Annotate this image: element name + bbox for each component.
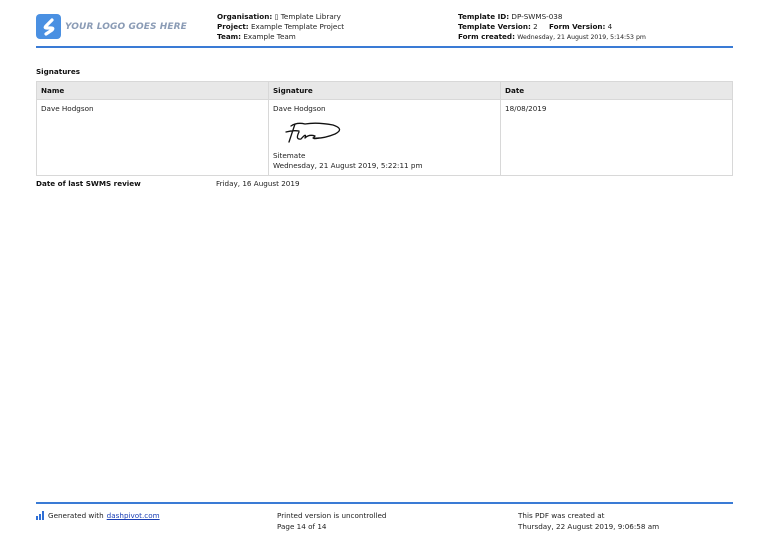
project-meta: Organisation: ▯ Template Library Project…: [217, 12, 344, 42]
page-number: Page 14 of 14: [277, 521, 386, 532]
dashpivot-link[interactable]: dashpivot.com: [107, 510, 160, 521]
dashpivot-bars-icon: [36, 511, 44, 520]
table-header-row: Name Signature Date: [37, 82, 733, 100]
organisation-row: Organisation: ▯ Template Library: [217, 12, 344, 22]
form-created-row: Form created: Wednesday, 21 August 2019,…: [458, 32, 646, 43]
generated-prefix: Generated with: [48, 510, 104, 521]
column-header-date: Date: [501, 82, 733, 100]
column-header-signature: Signature: [269, 82, 501, 100]
logo-s-icon: [36, 14, 61, 39]
project-value: Example Template Project: [251, 22, 344, 31]
print-info: Printed version is uncontrolled Page 14 …: [277, 510, 386, 532]
column-header-name: Name: [37, 82, 269, 100]
form-created-value: Wednesday, 21 August 2019, 5:14:53 pm: [517, 34, 646, 41]
generated-with: Generated with dashpivot.com: [36, 510, 160, 521]
template-version-value: 2: [533, 22, 538, 31]
template-meta: Template ID: DP-SWMS-038 Template Versio…: [458, 12, 646, 43]
signed-at: Wednesday, 21 August 2019, 5:22:11 pm: [273, 161, 496, 171]
version-row: Template Version: 2 Form Version: 4: [458, 22, 646, 32]
name-cell: Dave Hodgson: [37, 100, 269, 176]
review-date-label: Date of last SWMS review: [36, 179, 141, 188]
review-date-value: Friday, 16 August 2019: [216, 179, 300, 188]
uncontrolled-notice: Printed version is uncontrolled: [277, 510, 386, 521]
template-id-row: Template ID: DP-SWMS-038: [458, 12, 646, 22]
table-row: Dave Hodgson Dave Hodgson Sitemate Wedne…: [37, 100, 733, 176]
form-version-value: 4: [608, 22, 613, 31]
pdf-created: This PDF was created at Thursday, 22 Aug…: [518, 510, 659, 532]
project-row: Project: Example Template Project: [217, 22, 344, 32]
organisation-value: ▯ Template Library: [274, 12, 340, 21]
signature-cell: Dave Hodgson Sitemate Wednesday, 21 Augu…: [269, 100, 501, 176]
team-value: Example Team: [243, 32, 295, 41]
logo: YOUR LOGO GOES HERE: [36, 14, 187, 39]
logo-text: YOUR LOGO GOES HERE: [65, 22, 187, 32]
handwritten-signature-image: [283, 120, 345, 148]
signature-name: Dave Hodgson: [273, 104, 496, 114]
signatures-heading: Signatures: [36, 67, 80, 76]
signed-by: Sitemate: [273, 151, 496, 161]
page-footer: Generated with dashpivot.com Printed ver…: [36, 502, 733, 504]
pdf-created-value: Thursday, 22 August 2019, 9:06:58 am: [518, 521, 659, 532]
date-cell: 18/08/2019: [501, 100, 733, 176]
team-row: Team: Example Team: [217, 32, 344, 42]
signatures-table: Name Signature Date Dave Hodgson Dave Ho…: [36, 81, 733, 176]
template-id-value: DP-SWMS-038: [511, 12, 562, 21]
page-header: YOUR LOGO GOES HERE Organisation: ▯ Temp…: [36, 10, 733, 48]
pdf-created-label: This PDF was created at: [518, 510, 659, 521]
